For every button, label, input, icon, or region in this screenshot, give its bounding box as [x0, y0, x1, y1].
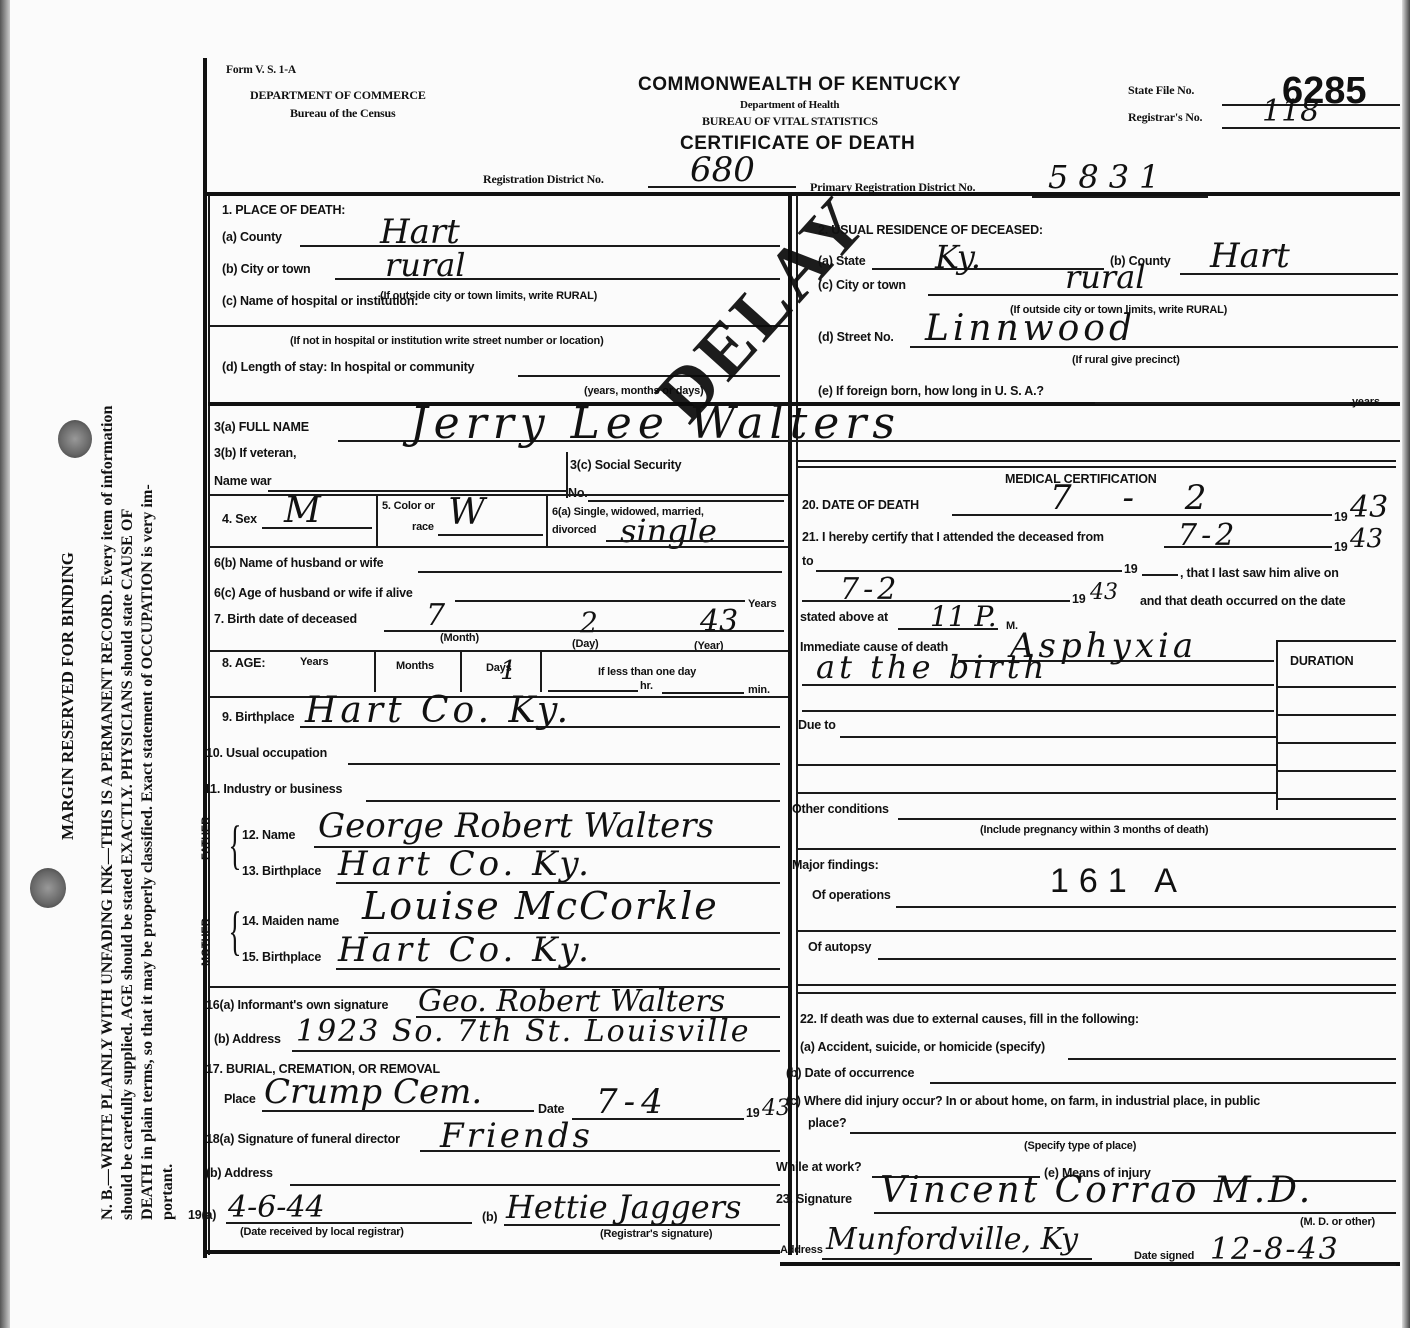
attend-label: 21. I hereby certify that I attended the… [802, 530, 1104, 544]
work-label: While at work? [776, 1160, 861, 1174]
res-foreign-label: (e) If foreign born, how long in U. S. A… [818, 384, 1044, 398]
month-note: (Month) [440, 632, 479, 644]
color-line [438, 534, 543, 536]
frame-left [203, 58, 207, 1258]
physician-address-line [822, 1258, 1092, 1260]
duration-line-4 [1276, 770, 1396, 772]
attend-from-year: 43 [1350, 524, 1383, 554]
row-rule-birth [208, 650, 788, 652]
age-min-line [662, 692, 744, 694]
operations-label: Of operations [812, 888, 891, 902]
res-street-note: (If rural give precinct) [1072, 354, 1180, 366]
accident-label: (a) Accident, suicide, or homicide (spec… [800, 1040, 1045, 1054]
veteran-ss-divider [566, 452, 568, 498]
age-months-divider [460, 650, 462, 692]
ss-label: 3(c) Social Security [570, 458, 681, 472]
mother-brace: { [228, 904, 241, 958]
pod-hospital-note: (If not in hospital or institution write… [290, 335, 604, 347]
birth-month-value: 7 [426, 598, 445, 633]
pod-county-line [300, 245, 780, 247]
sex-color-divider [376, 496, 378, 546]
to-label: to [802, 554, 813, 568]
reg-district-value: 680 [690, 150, 755, 190]
ss-line [588, 500, 784, 502]
mother-birth-value: Hart Co. Ky. [338, 930, 593, 970]
color-value: W [448, 492, 485, 533]
pod-hospital-label: (c) Name of hospital or institution: [222, 294, 418, 308]
stated-label: stated above at [800, 610, 888, 624]
date-signed-value: 12-8-43 [1210, 1232, 1340, 1267]
scan-edge-left [0, 0, 10, 1328]
burial-year-prefix: 19 [746, 1106, 760, 1120]
dod-year-prefix: 19 [1334, 510, 1348, 524]
res-city-value: rural [1065, 258, 1146, 296]
bureau-vital: BUREAU OF VITAL STATISTICS [702, 114, 878, 129]
frame-inner-left [208, 195, 210, 1255]
due-label: Due to [798, 718, 836, 732]
margin-binding-note: MARGIN RESERVED FOR BINDING [58, 552, 78, 840]
occurrence-line [930, 1082, 1396, 1084]
informant-address-value: 1923 So. 7th St. Louisville [296, 1014, 751, 1049]
burial-date-label: Date [538, 1102, 564, 1116]
place-note: (Specify type of place) [1024, 1140, 1136, 1152]
age-days-value: 1 [500, 656, 517, 686]
department-name: DEPARTMENT OF COMMERCE [250, 88, 426, 103]
full-name-value: Jerry Lee Walters [410, 398, 901, 449]
last-saw-year-prefix: 19 [1072, 592, 1086, 606]
other-line [898, 818, 1396, 820]
registrar-no-value: 118 [1262, 94, 1319, 129]
header-rule [205, 192, 1400, 196]
margin-instructions-3: DEATH in plain terms, so that it may be … [138, 484, 157, 1220]
duration-line-3 [1276, 742, 1396, 744]
veteran-label: 3(b) If veteran, [214, 446, 296, 460]
dept-health: Department of Health [740, 99, 839, 111]
birthplace-label: 9. Birthplace [222, 710, 294, 724]
ss-no-label: No. [568, 486, 588, 500]
autopsy-line-3 [796, 992, 1396, 994]
physician-address-label: Address [780, 1244, 823, 1256]
res-foreign-line [1095, 402, 1350, 404]
occupation-line [348, 763, 780, 765]
sex-label: 4. Sex [222, 512, 257, 526]
day-note: (Day) [572, 638, 599, 650]
age-days-divider [540, 650, 542, 692]
sex-line [262, 527, 372, 529]
res-city-line [928, 294, 1398, 296]
res-county-value: Hart [1210, 236, 1290, 276]
bottom-rule [205, 1250, 780, 1254]
res-foreign-unit: years [1352, 396, 1380, 408]
burial-date-value: 7-4 [596, 1082, 669, 1122]
director-address-label: (b) Address [206, 1166, 273, 1180]
attend-from-year-prefix: 19 [1334, 540, 1348, 554]
physician-md-note: (M. D. or other) [1300, 1216, 1375, 1228]
res-city-label: (c) City or town [818, 278, 906, 292]
industry-line [366, 800, 780, 802]
birth-year-value: 43 [700, 604, 738, 639]
full-name-label: 3(a) FULL NAME [214, 420, 309, 434]
mother-tag: MOTHER [200, 918, 212, 966]
director-label: 18(a) Signature of funeral director [206, 1132, 400, 1146]
color-label-1: 5. Color or [382, 500, 435, 512]
registrar-received-note: (Date received by local registrar) [240, 1226, 404, 1238]
time-value: 11 P. [930, 600, 997, 633]
father-brace: { [228, 818, 241, 872]
findings-line-2 [796, 930, 1396, 932]
dod-label: 20. DATE OF DEATH [802, 498, 919, 512]
informant-sig-label: 16(a) Informant's own signature [206, 998, 388, 1012]
duration-label: DURATION [1290, 654, 1353, 668]
color-marital-divider [546, 496, 548, 546]
war-label: Name war [214, 474, 271, 488]
bureau-name: Bureau of the Census [290, 106, 395, 121]
to-year-line [1142, 574, 1178, 576]
father-birth-value: Hart Co. Ky. [338, 844, 593, 884]
to-year-prefix: 19 [1124, 562, 1138, 576]
medical-rule-top [796, 460, 1396, 462]
occupation-label: 10. Usual occupation [206, 746, 327, 760]
operations-line [896, 906, 1396, 908]
margin-instructions-4: portant. [158, 1164, 177, 1220]
other-line-2 [796, 848, 1396, 850]
autopsy-label: Of autopsy [808, 940, 871, 954]
row-rule-sex [208, 546, 788, 548]
informant-address-label: (b) Address [214, 1032, 281, 1046]
scan-edge-right [1402, 0, 1410, 1328]
spouse-age-unit: Years [748, 598, 776, 610]
birth-date-label: 7. Birth date of deceased [214, 612, 357, 626]
spouse-age-label: 6(c) Age of husband or wife if alive [214, 586, 413, 600]
physician-sig-value: Vincent Corrao M.D. [880, 1170, 1313, 1211]
form-id: Form V. S. 1-A [226, 64, 296, 76]
place-line [850, 1132, 1396, 1134]
autopsy-line [878, 958, 1396, 960]
where-label: (c) Where did injury occur? In or about … [786, 1094, 1260, 1108]
place-of-death-heading: 1. PLACE OF DEATH: [222, 203, 345, 217]
marital-label-2: divorced [552, 524, 596, 536]
other-note: (Include pregnancy within 3 months of de… [980, 824, 1208, 836]
margin-instructions-1: N. B.—WRITE PLAINLY WITH UNFADING INK—TH… [98, 405, 117, 1220]
physician-address-value: Munfordville, Ky [826, 1222, 1078, 1257]
marital-value: single [620, 512, 717, 550]
informant-address-line [292, 1050, 780, 1052]
attend-from-value: 7-2 [1178, 518, 1238, 553]
autopsy-line-2 [796, 984, 1396, 986]
father-name-value: George Robert Walters [318, 806, 714, 846]
binding-hole-bottom [30, 868, 66, 908]
age-years-label: Years [300, 656, 328, 668]
mother-birth-label: 15. Birthplace [242, 950, 321, 964]
duration-line-2 [1276, 714, 1396, 716]
res-street-label: (d) Street No. [818, 330, 894, 344]
place-label: place? [808, 1116, 846, 1130]
registrar-no-label: Registrar's No. [1128, 110, 1202, 125]
director-value: Friends [440, 1116, 593, 1156]
mother-name-label: 14. Maiden name [242, 914, 339, 928]
occurrence-label: (b) Date of occurrence [786, 1066, 914, 1080]
duration-line-1 [1276, 686, 1396, 688]
reg-district-label: Registration District No. [483, 172, 604, 187]
findings-label: Major findings: [792, 858, 879, 872]
other-label: Other conditions [792, 802, 889, 816]
registrar-received-label: 19(a) [188, 1208, 216, 1222]
res-state-label: (a) State [818, 254, 866, 268]
external-heading: 22. If death was due to external causes,… [800, 1012, 1139, 1026]
res-street-value: Linnwood [925, 308, 1136, 349]
pod-city-value: rural [385, 246, 466, 284]
father-birth-label: 13. Birthplace [242, 864, 321, 878]
age-years-divider [374, 650, 376, 692]
age-hr-label: hr. [640, 680, 653, 692]
director-address-line [290, 1184, 780, 1186]
commonwealth-title: COMMONWEALTH OF KENTUCKY [638, 74, 961, 96]
spouse-line [418, 571, 782, 573]
burial-place-label: Place [224, 1092, 256, 1106]
occurred-label: and that death occurred on the date [1140, 594, 1346, 608]
registrar-sig-label: (b) [482, 1210, 497, 1224]
sex-value: M [284, 490, 321, 531]
color-label-2: race [412, 521, 434, 533]
due-line-1 [840, 736, 1276, 738]
father-name-label: 12. Name [242, 828, 295, 842]
last-saw-year: 43 [1090, 580, 1118, 605]
operations-value: 161 A [1050, 862, 1187, 901]
date-signed-label: Date signed [1134, 1250, 1194, 1262]
spouse-age-line [455, 600, 745, 602]
binding-hole-top [58, 420, 92, 458]
father-tag: FATHER [200, 817, 212, 860]
age-min-label: min. [748, 684, 770, 696]
due-line-2 [798, 764, 1276, 766]
physician-sig-label: 23. Signature [776, 1192, 852, 1206]
res-state-value: Ky. [935, 238, 981, 276]
marital-line [606, 540, 784, 542]
dod-value: 7 - 2 [1050, 478, 1226, 518]
industry-label: 11. Industry or business [204, 782, 342, 796]
margin-instructions-2: should be carefully supplied. AGE should… [118, 509, 137, 1220]
age-months-label: Months [396, 660, 434, 672]
birth-day-value: 2 [580, 606, 598, 639]
dod-year: 43 [1350, 490, 1388, 525]
cause-line-2 [802, 684, 1274, 686]
physician-sig-line [874, 1212, 1396, 1214]
primary-reg-line [1032, 196, 1208, 198]
state-file-label: State File No. [1128, 83, 1194, 98]
duration-box-left [1276, 640, 1278, 810]
residence-heading: 2. USUAL RESIDENCE OF DECEASED: [818, 223, 1043, 237]
cause-value-2: at the birth [816, 648, 1048, 686]
registrar-sig-value: Hettie Jaggers [506, 1188, 741, 1226]
birthplace-value: Hart Co. Ky. [305, 690, 572, 731]
cause-line-3 [802, 710, 1274, 712]
registrar-sig-note: (Registrar's signature) [600, 1228, 712, 1240]
mother-name-value: Louise McCorkle [362, 884, 719, 928]
death-certificate: MARGIN RESERVED FOR BINDING N. B.—WRITE … [0, 0, 1410, 1328]
spouse-label: 6(b) Name of husband or wife [214, 556, 383, 570]
burial-place-value: Crump Cem. [264, 1072, 482, 1112]
primary-reg-value: 5831 [1048, 158, 1169, 196]
medical-rule-top-2 [796, 466, 1396, 468]
last-saw-label: , that I last saw him alive on [1180, 566, 1339, 580]
pod-stay-label: (d) Length of stay: In hospital or commu… [222, 360, 474, 374]
age-less-label: If less than one day [598, 666, 696, 678]
age-label: 8. AGE: [222, 656, 265, 670]
duration-line-5 [1276, 798, 1396, 800]
duration-box-top [1276, 640, 1396, 642]
accident-line [1068, 1058, 1396, 1060]
registrar-received-value: 4-6-44 [228, 1190, 325, 1225]
pod-city-label: (b) City or town [222, 262, 310, 276]
pod-county-label: (a) County [222, 230, 282, 244]
due-line-3 [798, 792, 1276, 794]
